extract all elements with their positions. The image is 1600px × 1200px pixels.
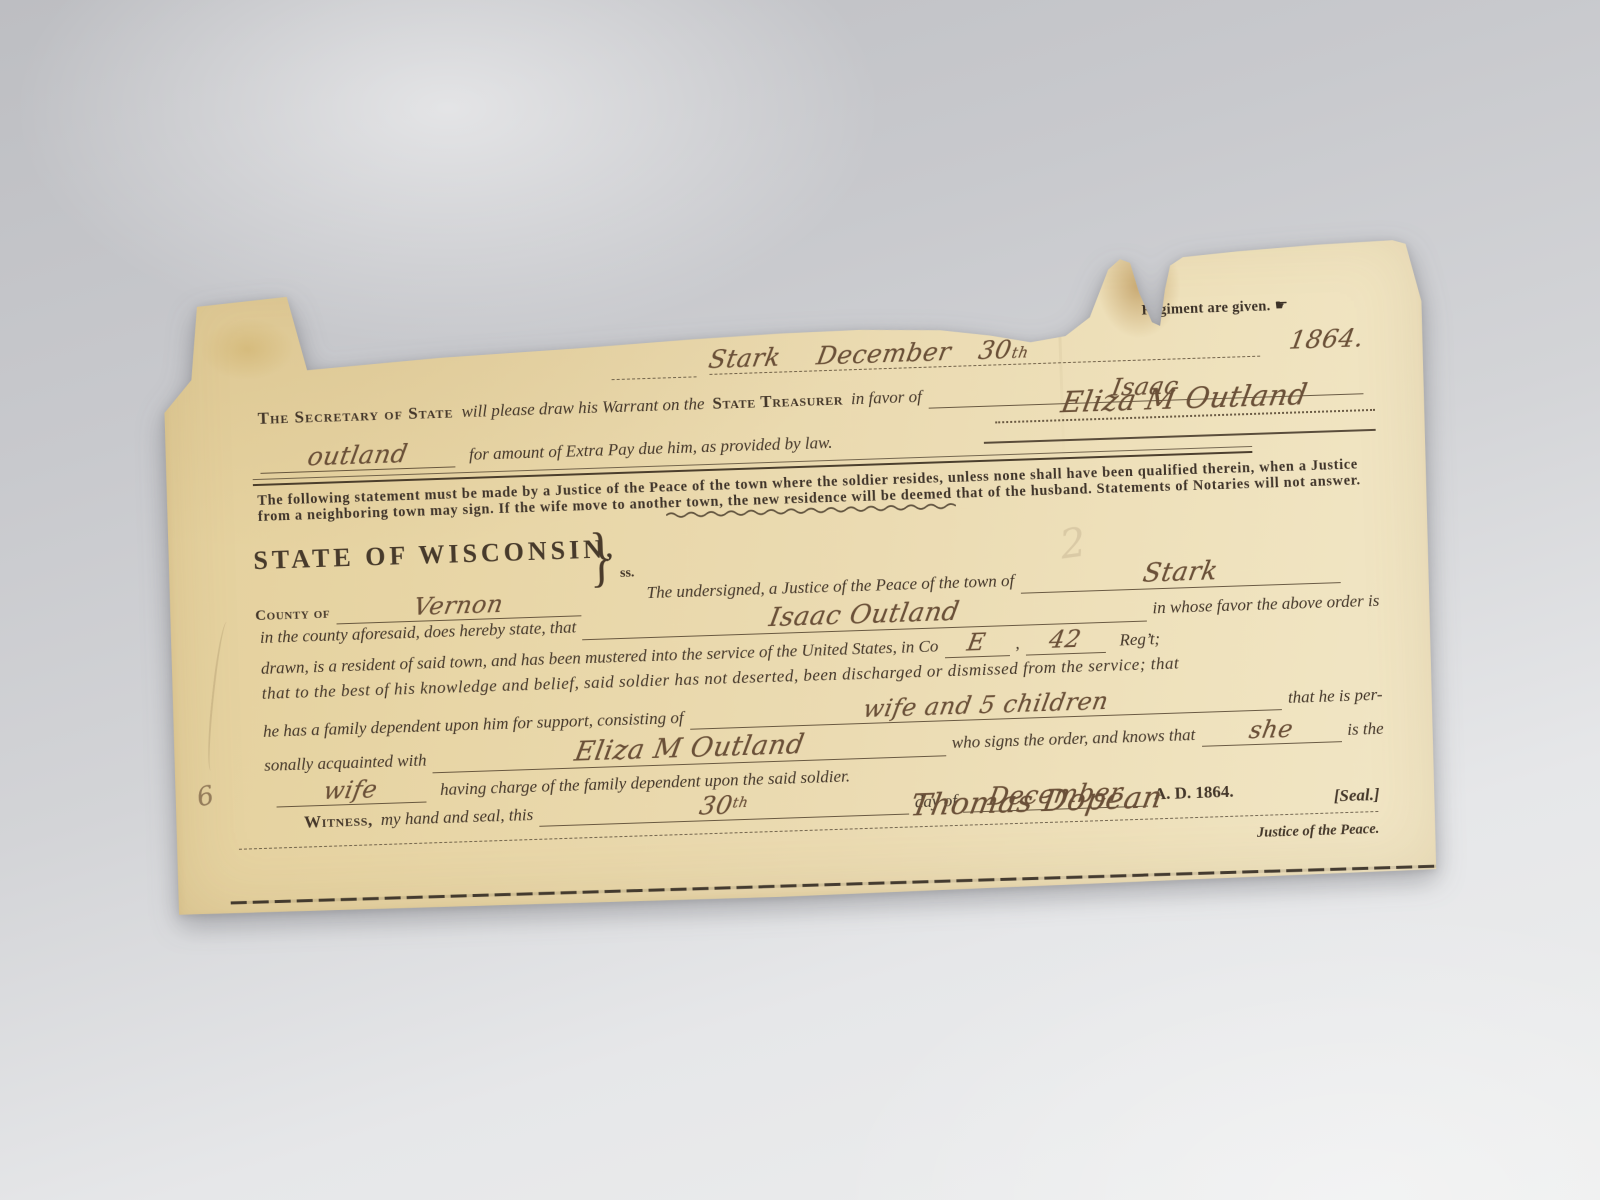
affidavit-text: who signs the order, and knows that: [952, 725, 1196, 753]
order-text: for amount of Extra Pay due him, as prov…: [469, 433, 833, 465]
dateline: Stark December 30 th 1864.: [708, 323, 1364, 375]
dateline-day-suffix: th: [1010, 343, 1030, 362]
corner-stain: [199, 317, 295, 382]
seal-label: [Seal.]: [1333, 785, 1379, 807]
dateline-year: 1864.: [1287, 323, 1366, 355]
affidavit-text: sonally acquainted with: [264, 751, 427, 776]
relation-word: wife: [322, 775, 380, 805]
signature-rule: [984, 429, 1376, 444]
justice-title: Justice of the Peace.: [1257, 821, 1380, 842]
payee-last-name: outland: [305, 439, 410, 471]
dependents-entry: wife and 5 children: [861, 687, 1111, 723]
relation-pronoun-blank: she: [1201, 713, 1342, 747]
soldier-name: Isaac Outland: [767, 597, 962, 633]
affidavit-text: ,: [1015, 634, 1020, 654]
dateline-place: Stark: [706, 342, 783, 374]
order-text: in favor of: [851, 387, 922, 409]
state-treasurer-label: State Treasurer: [712, 390, 843, 414]
affidavit-text: Reg’t;: [1119, 629, 1160, 650]
company-blank: E: [944, 627, 1010, 658]
affidavit-text: in whose favor the above order is: [1152, 591, 1379, 619]
ss-label: ss.: [620, 566, 635, 582]
secretary-of-state-label: The Secretary of State: [257, 402, 453, 428]
witness-day: 30: [697, 790, 735, 820]
ss-brace: }: [588, 523, 613, 591]
payee-last-name-blank: outland: [260, 437, 456, 473]
ss-text: ss.: [620, 566, 635, 582]
affidavit-text: that he is per-: [1288, 685, 1383, 708]
document-paper: 6 2 Regiment are given. ☛ Stark December…: [157, 221, 1443, 919]
form-note: Regiment are given. ☛: [1141, 296, 1288, 320]
dateline-month: December: [814, 337, 953, 371]
state-heading: STATE OF WISCONSIN,: [253, 534, 617, 576]
pointing-hand-icon: ☛: [1274, 296, 1288, 314]
dash-fragment: [612, 376, 697, 380]
witness-label: Witness,: [304, 810, 373, 832]
witness-year: A. D. 1864.: [1153, 782, 1233, 805]
dateline-day: 30: [976, 335, 1014, 365]
dateline-blank: Stark December 30 th: [708, 327, 1260, 375]
regiment-blank: 42: [1025, 624, 1106, 656]
claimant-signature: Eliza M Outland: [1059, 377, 1311, 419]
justice-signature: Thomas Dopean: [908, 780, 1166, 824]
order-text: will please draw his Warrant on the: [461, 394, 705, 422]
town-name: Stark: [1140, 556, 1220, 589]
margin-scribble: [204, 621, 234, 772]
witness-day-suffix: th: [731, 794, 750, 811]
ghost-ink-mark: 6: [194, 780, 217, 813]
witness-text: my hand and seal, this: [380, 805, 533, 830]
company-letter: E: [965, 628, 988, 657]
document-photo: 6 2 Regiment are given. ☛ Stark December…: [157, 221, 1443, 919]
regiment-number: 42: [1047, 625, 1084, 654]
form-note-text: Regiment are given.: [1141, 298, 1271, 319]
cut-edge-print-residue: [231, 865, 1439, 905]
affidavit-text: is the: [1347, 719, 1384, 740]
torn-edge-stain: [1096, 249, 1183, 340]
photo-scene: 6 2 Regiment are given. ☛ Stark December…: [0, 0, 1600, 1200]
relation-pronoun: she: [1247, 715, 1295, 745]
